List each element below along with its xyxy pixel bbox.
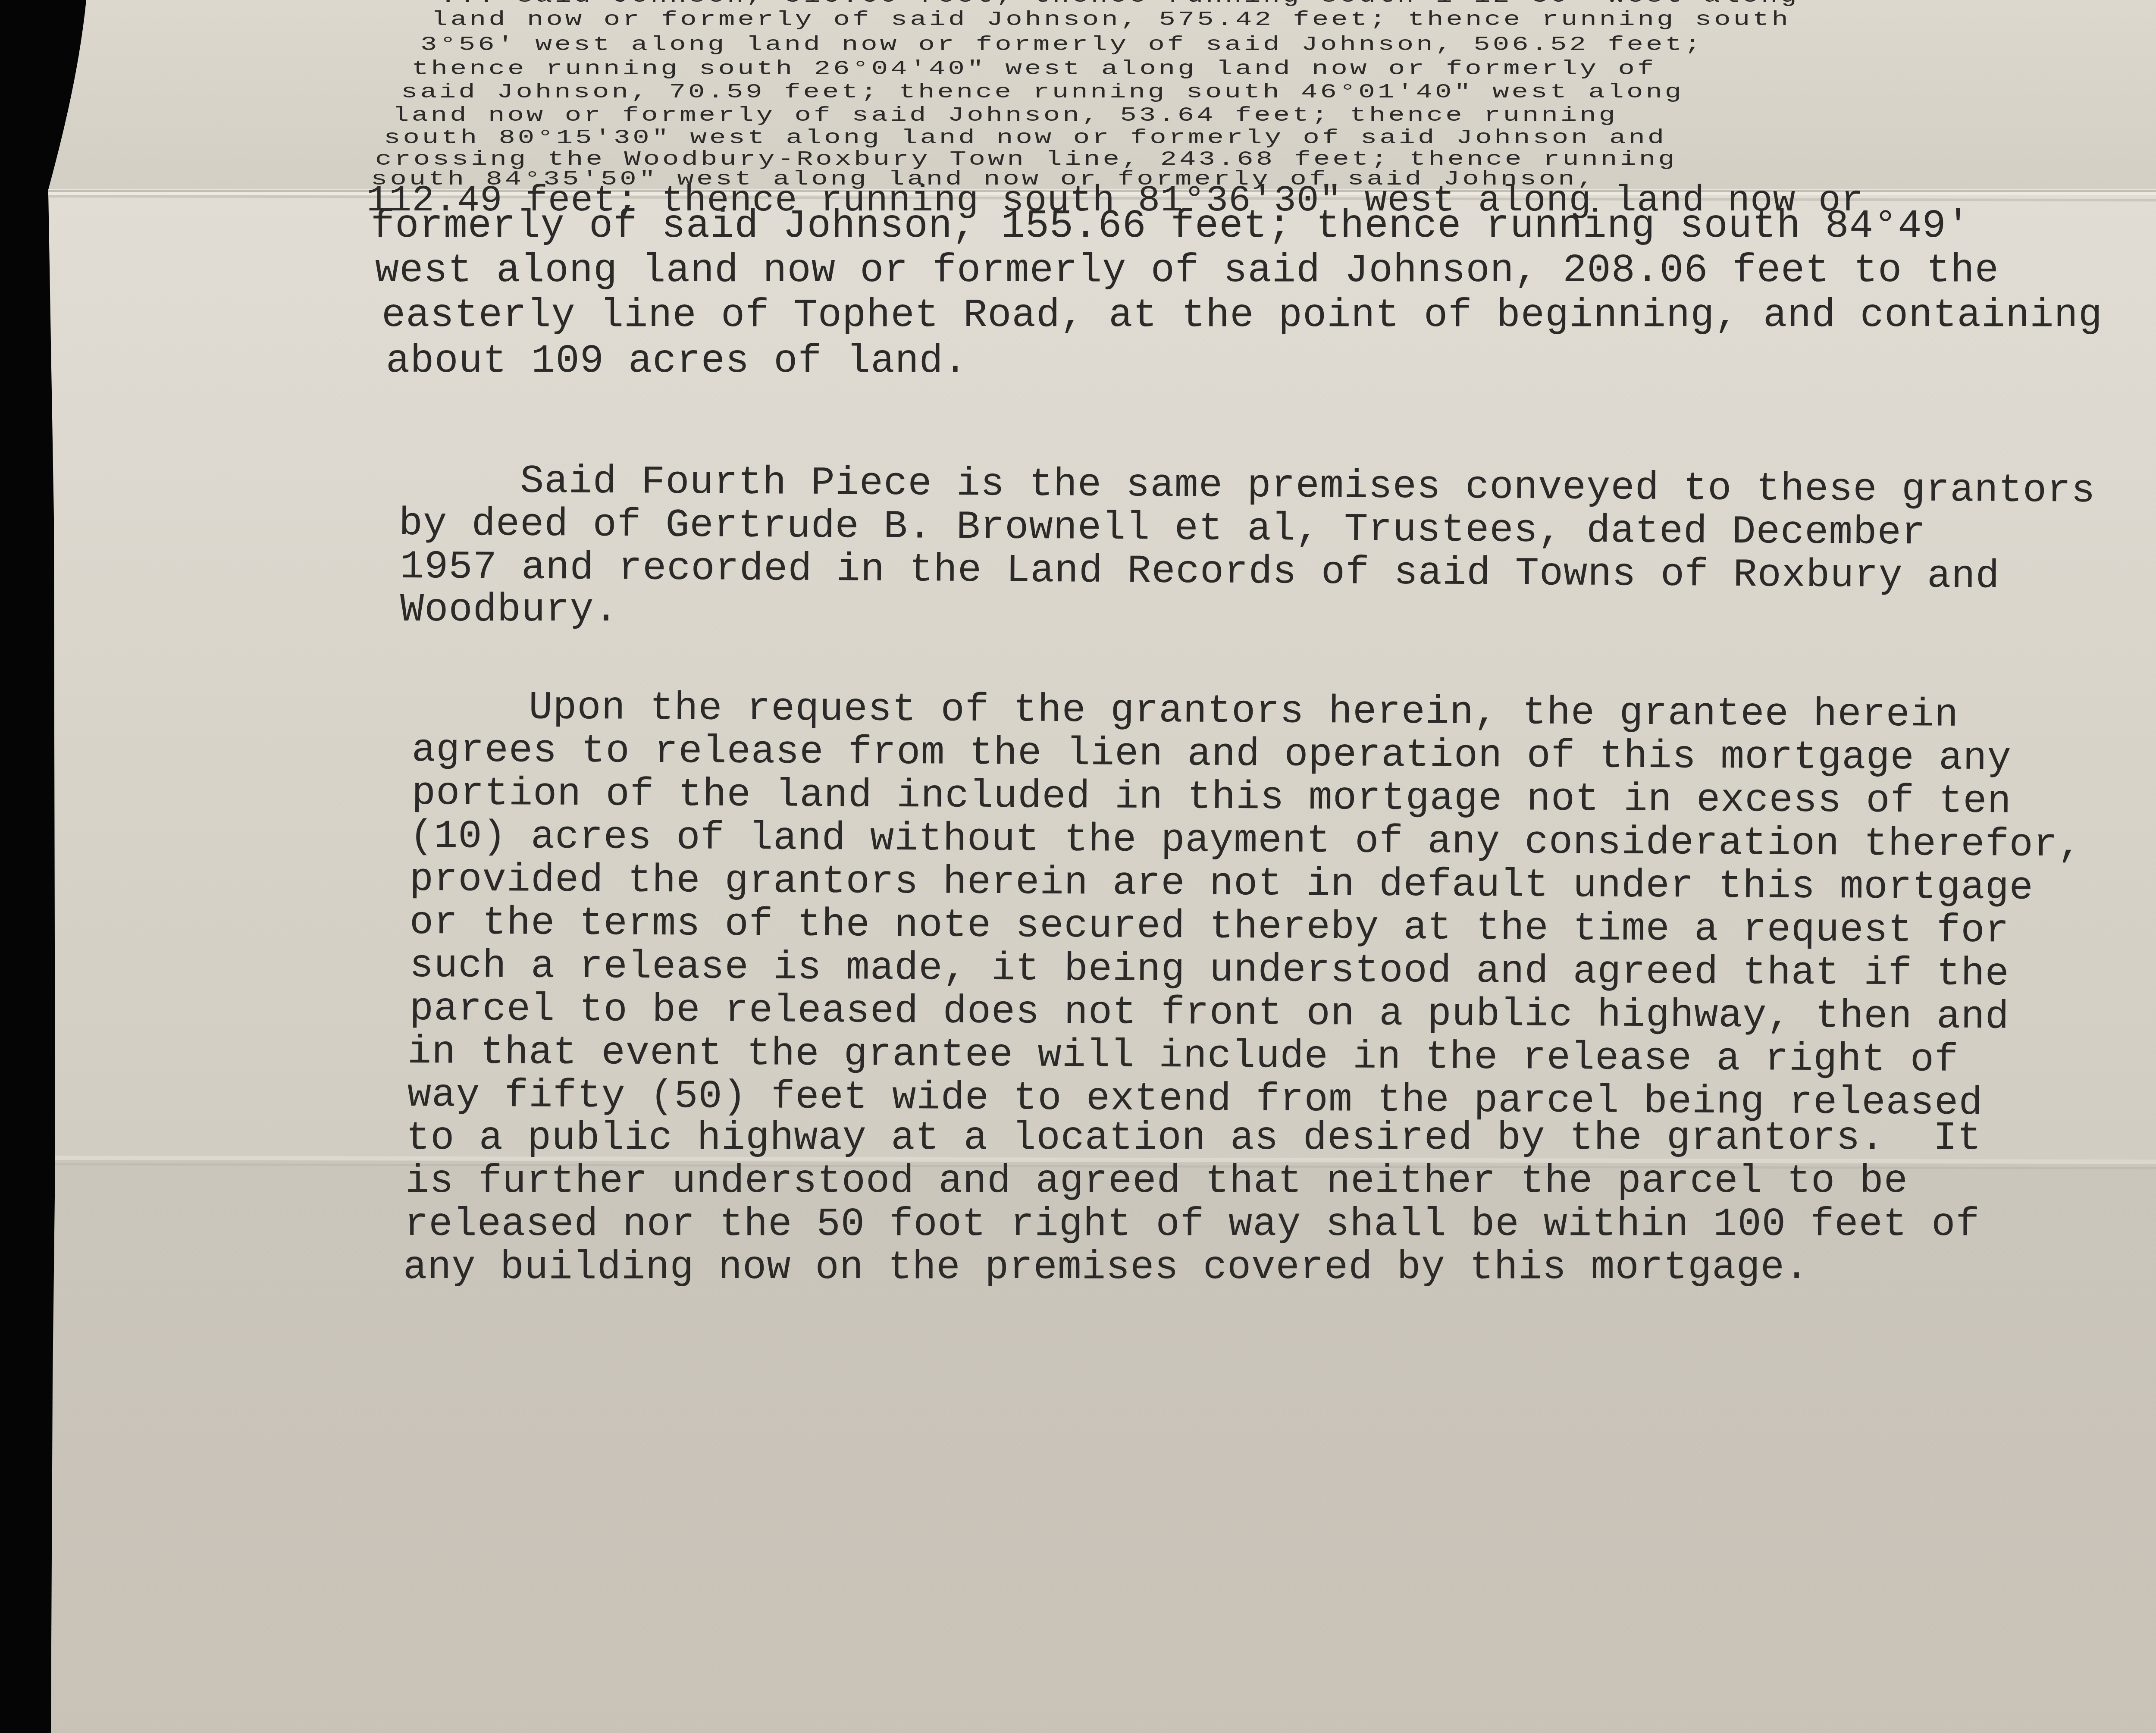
- body-line: about 109 acres of land.: [386, 340, 968, 383]
- body-line: formerly of said Johnson, 155.66 feet; t…: [371, 205, 1971, 248]
- upper-line: land now or formerly of said Johnson, 57…: [431, 10, 1791, 30]
- body-line: any building now on the premises covered…: [403, 1246, 1809, 1289]
- upper-line: said Johnson, 70.59 feet; thence running…: [401, 82, 1684, 102]
- body-line: released nor the 50 foot right of way sh…: [404, 1203, 1980, 1246]
- body-line: easterly line of Tophet Road, at the poi…: [382, 294, 2103, 337]
- body-line: is further understood and agreed that ne…: [405, 1160, 1908, 1203]
- upper-line: ... said Johnson, 516.60 feet; thence ru…: [440, 0, 1799, 6]
- upper-line: south 80°15'30" west along land now or f…: [384, 128, 1667, 148]
- photo-scene: ... said Johnson, 516.60 feet; thence ru…: [0, 0, 2156, 1733]
- body-line: Woodbury.: [400, 589, 618, 632]
- body-line: west along land now or formerly of said …: [375, 249, 1999, 292]
- body-line: 1957 and recorded in the Land Records of…: [400, 545, 2000, 599]
- upper-line: land now or formerly of said Johnson, 53…: [392, 106, 1618, 125]
- upper-line: 3°56' west along land now or formerly of…: [420, 35, 1703, 55]
- upper-line: crossing the Woodbury-Roxbury Town line,…: [375, 150, 1677, 169]
- body-line: to a public highway at a location as des…: [406, 1117, 1982, 1160]
- upper-line: thence running south 26°04'40" west alon…: [412, 59, 1656, 79]
